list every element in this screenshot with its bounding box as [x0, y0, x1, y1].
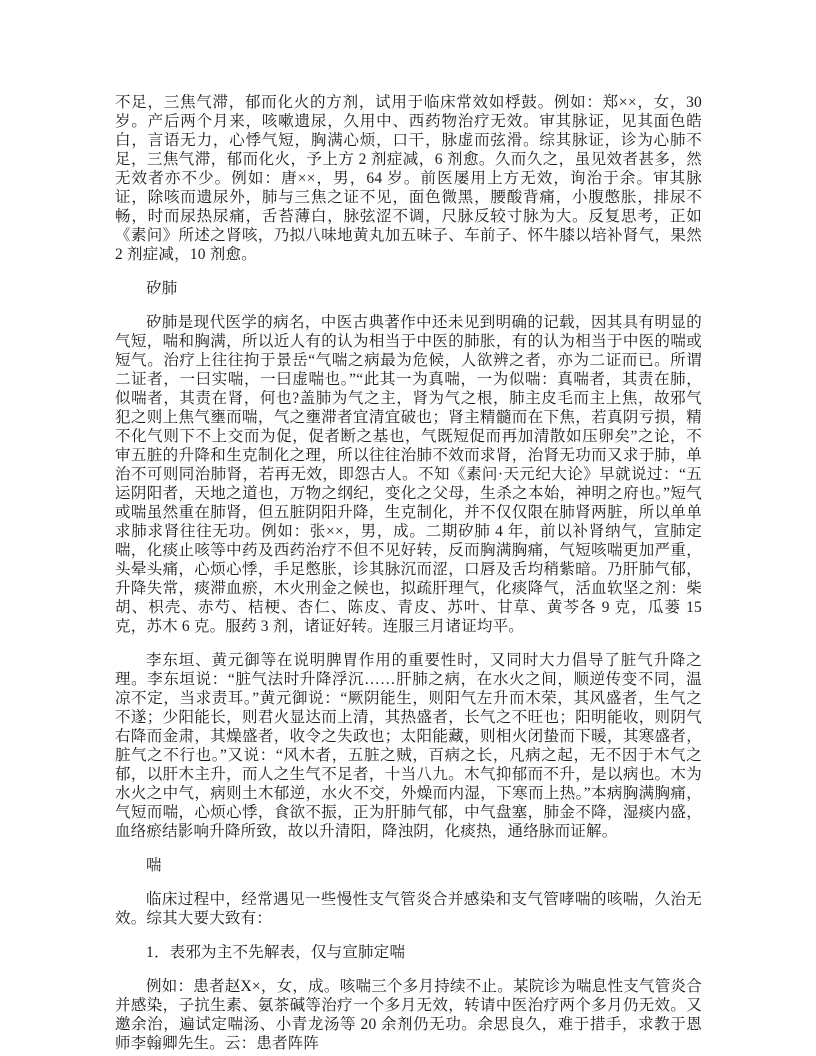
section-heading-silicosis: 矽肺 — [115, 279, 702, 298]
paragraph-case-zhao: 例如：患者赵X×，女，成。咳喘三个多月持续不止。某院诊为喘息性支气管炎合并感染，… — [115, 977, 702, 1053]
paragraph-lidongyuan-huangyuanyu: 李东垣、黄元御等在说明脾胃作用的重要性时，又同时大力倡导了脏气升降之理。李东垣说… — [115, 651, 702, 841]
paragraph-clinical-intro: 临床过程中，经常遇见一些慢性支气管炎合并感染和支气管哮喘的咳喘，久治无效。综其大… — [115, 890, 702, 928]
subsection-heading-item-1: 1．表邪为主不先解表，仅与宣肺定喘 — [115, 943, 702, 962]
document-page: 不足，三焦气滞，郁而化火的方剂，试用于临床常效如桴鼓。例如：郑××，女，30 岁… — [0, 0, 816, 1056]
text-column: 不足，三焦气滞，郁而化火的方剂，试用于临床常效如桴鼓。例如：郑××，女，30 岁… — [115, 93, 702, 1053]
paragraph-silicosis-discussion: 矽肺是现代医学的病名，中医古典著作中还未见到明确的记载，因其具有明显的气短，喘和… — [115, 313, 702, 636]
paragraph-continuation-kidney-cough-cases: 不足，三焦气滞，郁而化火的方剂，试用于临床常效如桴鼓。例如：郑××，女，30 岁… — [115, 93, 702, 264]
section-heading-asthma: 喘 — [115, 856, 702, 875]
